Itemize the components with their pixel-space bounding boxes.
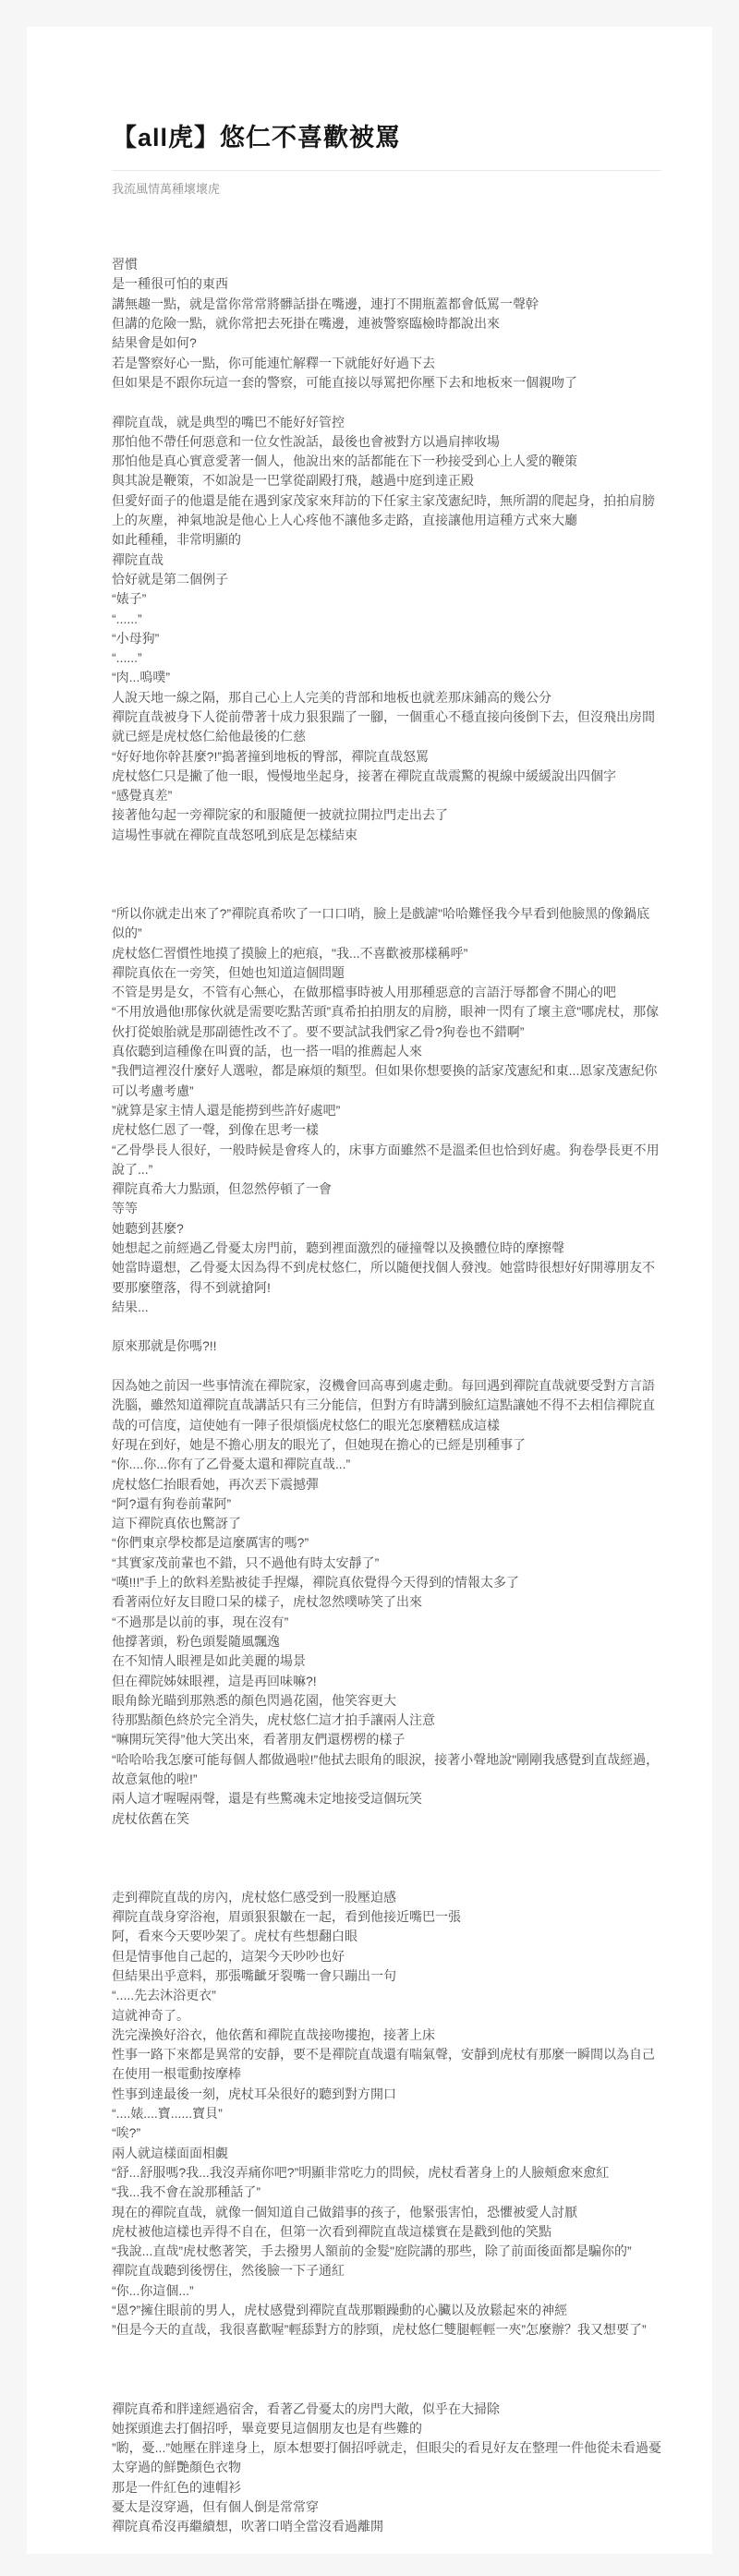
story-line: “婊子” (112, 589, 661, 609)
article-byline: 我流風情萬種壞壞虎 (112, 181, 661, 198)
story-line: “你...你這個...” (112, 2281, 661, 2301)
story-body: 習慣是一種很可怕的東西講無趣一點，就是當你常常將髒話掛在嘴邊，連打不開瓶蓋都會低… (112, 255, 661, 2536)
story-line: ”就算是家主情人還是能撈到些許好處吧” (112, 1101, 661, 1120)
story-line (112, 2360, 661, 2379)
story-line (112, 393, 661, 412)
story-line: 結果會是如何? (112, 333, 661, 353)
story-line: 是一種很可怕的東西 (112, 274, 661, 294)
story-line: 阿，看來今天要吵架了。虎杖有些想翻白眼 (112, 1927, 661, 1946)
story-line: “恩?”擁住眼前的男人，虎杖感覺到禪院直哉那顆躁動的心臟以及放鬆起來的神經 (112, 2301, 661, 2320)
story-line: “你....你...你有了乙骨憂太還和禪院直哉...” (112, 1455, 661, 1474)
story-line (112, 1357, 661, 1376)
story-line: “阿?還有狗卷前輩阿” (112, 1494, 661, 1514)
story-line: “肉...嗚噗” (112, 668, 661, 687)
story-line: “不過那是以前的事，現在沒有” (112, 1613, 661, 1632)
story-line: 兩人這才喔喔兩聲，還是有些驚魂未定地接受這個玩笑 (112, 1789, 661, 1808)
story-line (112, 865, 661, 884)
story-line: 但講的危險一點，就你常把去死掛在嘴邊，連被警察臨檢時都說出來 (112, 314, 661, 333)
story-line: 虎杖被他這樣也弄得不自在，但第一次看到禪院直哉這樣實在是戳到他的笑點 (112, 2222, 661, 2242)
story-line: 他撐著頭，粉色頭髮隨風飄逸 (112, 1632, 661, 1651)
story-line: 禪院真希大力點頭，但忽然停頓了一會 (112, 1179, 661, 1199)
story-line: “其實家茂前輩也不錯，只不過他有時太安靜了” (112, 1554, 661, 1573)
article-title: 【all虎】悠仁不喜歡被罵 (112, 122, 661, 153)
story-line: 眼角餘光瞄到那熟悉的顏色閃過花園，他笑容更大 (112, 1691, 661, 1711)
story-line: 禪院真希和胖達經過宿舍，看著乙骨憂太的房門大敞，似乎在大掃除 (112, 2400, 661, 2419)
story-line: “所以你就走出來了?”禪院真希吹了一口口哨，臉上是戲謔"哈哈難怪我今早看到他臉黑… (112, 904, 661, 944)
story-line: ”喲，憂...”她壓在胖達身上，原本想要打個招呼就走，但眼尖的看見好友在整理一件… (112, 2438, 661, 2478)
story-line: 等等 (112, 1199, 661, 1218)
page-background: { "theme": { "page_bg": "#f6f6f7", "card… (0, 0, 739, 2576)
story-line: ”我們這裡沒什麼好人選啦，都是麻煩的類型。但如果你想要換的話家茂憲紀和東...恩… (112, 1061, 661, 1101)
story-line: 但結果出乎意料，那張嘴齜牙裂嘴一會只蹦出一句 (112, 1966, 661, 1986)
story-line: 這下禪院真依也驚訝了 (112, 1514, 661, 1533)
story-line: 虎杖悠仁只是撇了他一眼，慢慢地坐起身，接著在禪院直哉震驚的視線中緩緩說出四個字 (112, 767, 661, 786)
story-line: “你們東京學校都是這麼厲害的嗎?” (112, 1533, 661, 1553)
story-line: 因為她之前因一些事情流在禪院家，沒機會回高專到處走動。每回遇到禪院直哉就要受對方… (112, 1376, 661, 1435)
story-line: 如此種種，非常明顯的 (112, 530, 661, 550)
story-line: 這場性事就在禪院直哉怒吼到底是怎樣結束 (112, 826, 661, 845)
story-line (112, 1829, 661, 1848)
story-line: 講無趣一點，就是當你常常將髒話掛在嘴邊，連打不開瓶蓋都會低罵一聲幹 (112, 295, 661, 314)
story-line: “小母狗” (112, 629, 661, 648)
story-line: 就已經是虎杖悠仁給他最後的仁慈 (112, 727, 661, 746)
story-line: 她探頭進去打個招呼，畢竟要見這個朋友也是有些難的 (112, 2419, 661, 2438)
story-line: 走到禪院直哉的房內，虎杖悠仁感受到一股壓迫感 (112, 1888, 661, 1907)
story-line: “哈哈哈我怎麼可能每個人都做過啦!”他拭去眼角的眼淚，接著小聲地說"剛剛我感覺到… (112, 1750, 661, 1790)
story-line: 虎杖悠仁抬眼看她，再次丟下震撼彈 (112, 1475, 661, 1494)
story-line: 在不知情人眼裡是如此美麗的場景 (112, 1651, 661, 1671)
story-line (112, 1869, 661, 1888)
story-line: 洗完澡換好浴衣，他依舊和禪院直哉接吻摟抱，接著上床 (112, 2026, 661, 2045)
story-line (112, 1317, 661, 1336)
story-line: “感覺真差” (112, 786, 661, 805)
story-line: 那怕他是真心實意愛著一個人，他說出來的話都能在下一秒接受到心上人愛的鞭策 (112, 452, 661, 471)
story-line (112, 2340, 661, 2360)
story-line: 但愛好面子的他還是能在遇到家茂家來拜訪的下任家主家茂憲紀時，無所謂的爬起身，拍拍… (112, 491, 661, 531)
story-line: “我...我不會在說那種話了” (112, 2183, 661, 2202)
story-line: “不用放過他!那傢伙就是需要吃點苦頭”真希拍拍朋友的肩膀，眼神一閃有了壞主意"哪… (112, 1002, 661, 1042)
story-line (112, 1848, 661, 1868)
story-line: 虎杖依舊在笑 (112, 1809, 661, 1829)
story-line: 看著兩位好友目瞪口呆的樣子，虎杖忽然噗哧笑了出來 (112, 1592, 661, 1612)
story-line: 待那點顏色終於完全消失，虎杖悠仁這才拍手讓兩人注意 (112, 1711, 661, 1730)
story-line: 兩人就這樣面面相覷 (112, 2144, 661, 2163)
story-line: “我說...直哉”虎杖憋著笑，手去撥男人額前的金髮"庭院講的那些，除了前面後面都… (112, 2242, 661, 2261)
story-line: 現在的禪院直哉，就像一個知道自己做錯事的孩子，他緊張害怕，恐懼被愛人討厭 (112, 2203, 661, 2222)
story-line: 虎杖悠仁恩了一聲，到像在思考一樣 (112, 1120, 661, 1140)
story-line: “....婊....寶......寶貝” (112, 2104, 661, 2123)
story-line: 禪院直哉 (112, 550, 661, 570)
story-line: 恰好就是第二個例子 (112, 570, 661, 589)
story-line: 性事到達最後一刻，虎杖耳朵很好的聽到對方開口 (112, 2085, 661, 2104)
story-line: “乙骨學長人很好，一般時候是會疼人的，床事方面雖然不是溫柔但也恰到好處。狗卷學長… (112, 1141, 661, 1180)
story-line: 那怕他不帶任何惡意和一位女性說話，最後也會被對方以過肩摔收場 (112, 432, 661, 452)
story-line: 但是情事他自己起的，這架今天吵吵也好 (112, 1947, 661, 1966)
story-line: 這就神奇了。 (112, 2006, 661, 2026)
story-line (112, 2379, 661, 2399)
story-line: “......” (112, 648, 661, 668)
story-line: “......” (112, 610, 661, 629)
story-line: 虎杖悠仁習慣性地摸了摸臉上的疤痕，"我...不喜歡被那樣稱呼” (112, 944, 661, 963)
story-line: “唉?” (112, 2123, 661, 2143)
story-line: “.....先去沐浴更衣” (112, 1986, 661, 2005)
story-line: 接著他勾起一旁禪院家的和服隨便一披就拉開拉門走出去了 (112, 805, 661, 825)
story-line: 真依聽到這種像在叫賣的話，也一搭一唱的推薦起人來 (112, 1042, 661, 1061)
story-line (112, 845, 661, 865)
story-line: 禪院真依在一旁笑，但她也知道這個問題 (112, 963, 661, 983)
story-line: 結果... (112, 1298, 661, 1317)
story-line: 憂太是沒穿過，但有個人倒是常常穿 (112, 2497, 661, 2517)
story-line: 若是警察好心一點，你可能連忙解釋一下就能好好過下去 (112, 354, 661, 373)
story-line: 不管是男是女，不管有心無心，在做那檔事時被人用那種惡意的言語汙辱都會不開心的吧 (112, 983, 661, 1002)
story-line: 但在禪院姊妹眼裡，這是再回味嘛?! (112, 1672, 661, 1691)
story-line: 性事一路下來都是異常的安靜，要不是禪院直哉還有喘氣聲，安靜到虎杖有那麼一瞬間以為… (112, 2045, 661, 2085)
story-line: 禪院直哉身穿浴袍，眉頭狠狠皺在一起，看到他接近嘴巴一張 (112, 1907, 661, 1927)
story-line: 原來那就是你嗎?!! (112, 1336, 661, 1356)
story-line: 好現在到好，她是不擔心朋友的眼光了，但她現在擔心的已經是別種事了 (112, 1435, 661, 1455)
story-line: ”但是今天的直哉，我很喜歡喔”輕舔對方的脖頸，虎杖悠仁雙腿輕輕一夾”怎麼辦？我又… (112, 2320, 661, 2340)
title-divider (112, 170, 661, 171)
story-line: “舒...舒服嗎?我...我沒弄痛你吧?”明顯非常吃力的問候，虎杖看著身上的人臉… (112, 2163, 661, 2183)
story-line: “嘛開玩笑得”他大笑出來，看著朋友們還楞楞的樣子 (112, 1730, 661, 1749)
story-line: 禪院直哉被身下人從前帶著十成力狠狠踹了一腳，一個重心不穩直接向後倒下去，但沒飛出… (112, 707, 661, 727)
article-card: 【all虎】悠仁不喜歡被罵 我流風情萬種壞壞虎 習慣是一種很可怕的東西講無趣一點… (27, 27, 712, 2554)
story-line: 但如果是不跟你玩這一套的警察，可能直接以辱罵把你壓下去和地板來一個親吻了 (112, 373, 661, 393)
story-line: 她聽到甚麼? (112, 1219, 661, 1239)
story-line: 她當時還想，乙骨憂太因為得不到虎杖悠仁，所以隨便找個人發洩。她當時很想好好開導朋… (112, 1258, 661, 1298)
story-line: 禪院真希沒再繼續想，吹著口哨全當沒看過離開 (112, 2517, 661, 2536)
story-line: 人說天地一線之隔，那自己心上人完美的背部和地板也就差那床鋪高的幾公分 (112, 688, 661, 707)
story-line: 習慣 (112, 255, 661, 274)
story-line (112, 885, 661, 904)
story-line: 與其說是鞭策，不如說是一巴掌從副殿打飛，越過中庭到達正殿 (112, 471, 661, 490)
story-line: 她想起之前經過乙骨憂太房門前，聽到裡面激烈的碰撞聲以及換體位時的摩擦聲 (112, 1239, 661, 1258)
story-line: 禪院直哉，就是典型的嘴巴不能好好管控 (112, 413, 661, 432)
story-line: “嘆!!!”手上的飲料差點被徒手捏爆，禪院真依覺得今天得到的情報太多了 (112, 1573, 661, 1592)
story-line: “好好地你幹甚麼?!”搗著撞到地板的臀部，禪院直哉怒罵 (112, 747, 661, 767)
story-line: 禪院直哉聽到後愣住，然後臉一下子通紅 (112, 2261, 661, 2280)
story-line: 那是一件紅色的連帽衫 (112, 2478, 661, 2497)
